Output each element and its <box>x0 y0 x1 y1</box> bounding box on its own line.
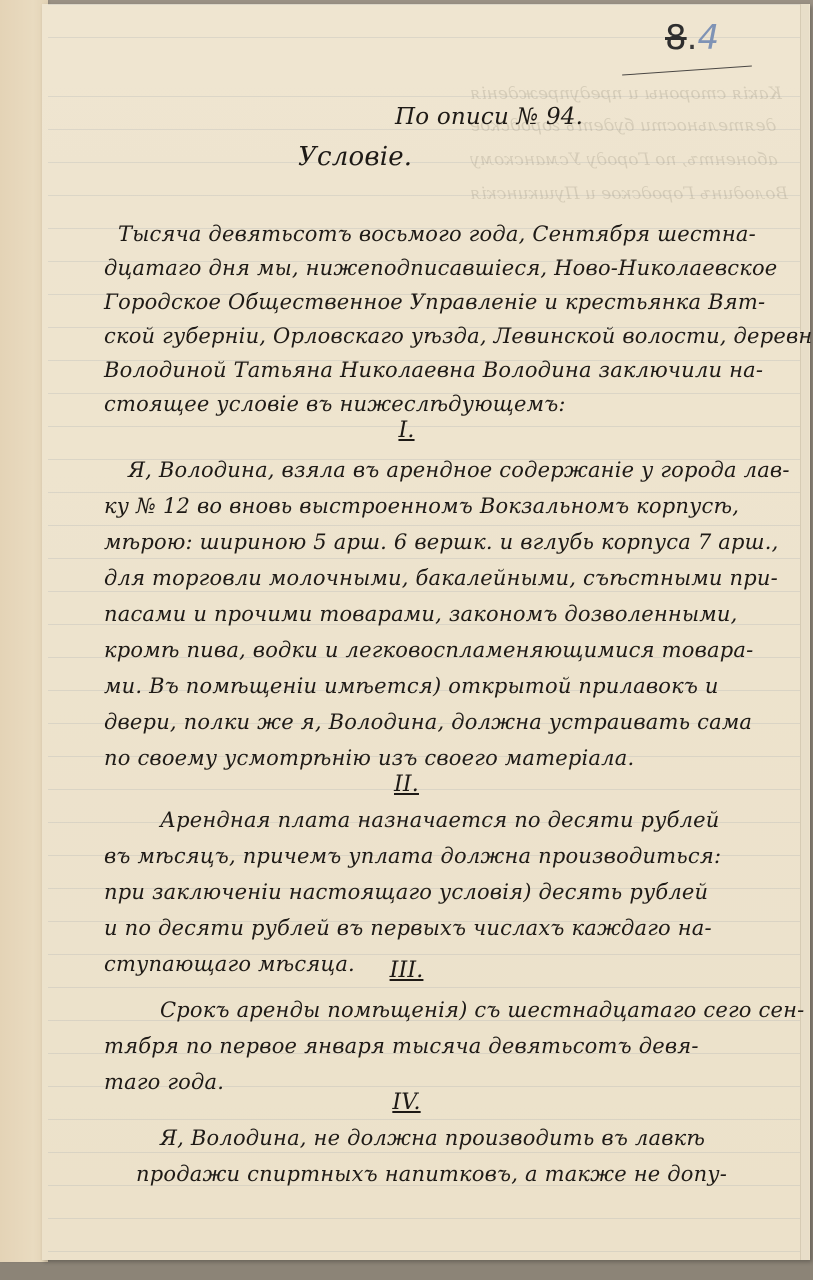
text-line: продажи спиртныхъ напитковъ, а также не … <box>136 1162 727 1186</box>
text-line: мѣрою: шириною 5 арш. 6 вершк. и вглубь … <box>104 530 779 554</box>
page-edge <box>800 4 809 1260</box>
section-numeral-4: IV. <box>0 1090 813 1115</box>
text-line: дцатаго дня мы, нижеподписавшiеся, Ново-… <box>104 256 777 280</box>
section-numeral-2: II. <box>0 772 813 797</box>
text-line: и по десяти рублей въ первыхъ числахъ ка… <box>104 916 712 940</box>
folio-number: 8.4 <box>665 18 719 58</box>
text-line: по своему усмотрѣнiю изъ своего матерiал… <box>104 746 634 770</box>
text-line: Володиной Татьяна Николаевна Володина за… <box>104 358 763 382</box>
text-line: двери, полки же я, Володина, должна устр… <box>104 710 752 734</box>
text-line: Я, Володина, взяла въ арендное содержанi… <box>128 458 790 482</box>
text-line: ку № 12 во вновь выстроенномъ Вокзальном… <box>104 494 739 518</box>
folio-struck-digit: 8 <box>665 18 687 58</box>
text-line: Срокъ аренды помѣщенiя) съ шестнадцатаго… <box>160 998 804 1022</box>
text-line: въ мѣсяцъ, причемъ уплата должна произво… <box>104 844 721 868</box>
text-line: ской губернiи, Орловскаго уѣзда, Левинск… <box>104 324 813 348</box>
text-line: стоящее условiе въ нижеслѣдующемъ: <box>104 392 566 416</box>
section-numeral-1: I. <box>0 418 813 443</box>
text-line: Тысяча девятьсотъ восьмого года, Сентябр… <box>118 222 756 246</box>
text-line: Я, Володина, не должна производить въ ла… <box>160 1126 705 1150</box>
text-line: кромѣ пива, водки и легковоспламеняющими… <box>104 638 753 662</box>
text-line: Арендная плата назначается по десяти руб… <box>160 808 720 832</box>
text-line: тября по первое января тысяча девятьсотъ… <box>104 1034 699 1058</box>
text-line: Городское Общественное Управленiе и крес… <box>104 290 765 314</box>
folio-separator: . <box>687 18 698 58</box>
document-title: Условіе. <box>298 142 412 172</box>
text-line: для торговли молочными, бакалейными, съѣ… <box>104 566 778 590</box>
text-line: ми. Въ помѣщенiи имѣется) открытой прила… <box>104 674 719 698</box>
text-line: пасами и прочими товарами, закономъ дозв… <box>104 602 737 626</box>
inventory-note: По описи № 94. <box>395 104 583 130</box>
section-numeral-3: III. <box>0 958 813 983</box>
binding-strip <box>0 0 48 1262</box>
folio-pencil-digit: 4 <box>697 18 719 58</box>
text-line: при заключенiи настоящаго условiя) десят… <box>104 880 708 904</box>
